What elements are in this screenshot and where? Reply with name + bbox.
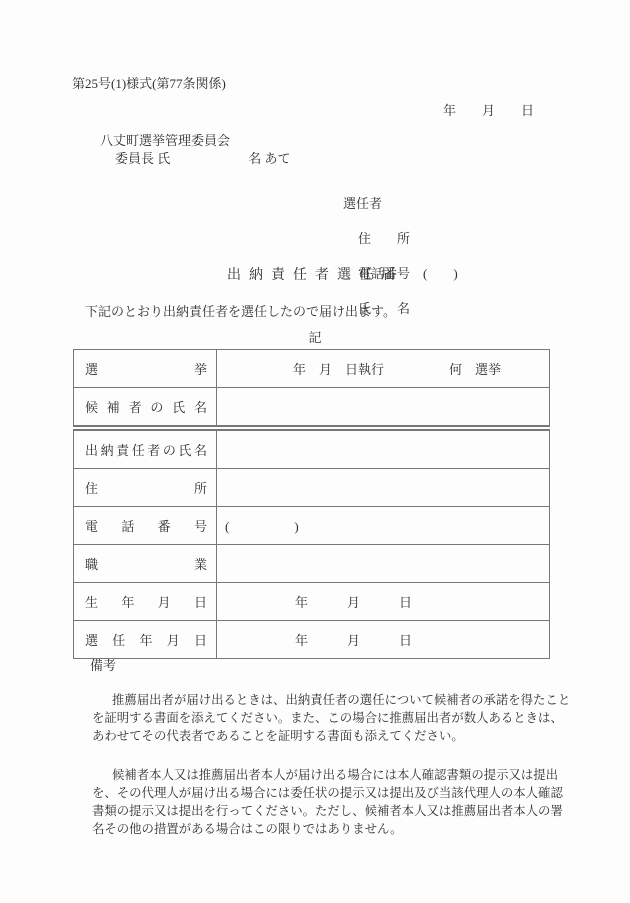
document-title: 出納責任者選任届 xyxy=(0,264,630,284)
row-label: 選任年月日 xyxy=(74,621,217,659)
row-label: 職業 xyxy=(74,545,217,583)
row-label: 選挙 xyxy=(74,350,217,388)
table-row-appointment-date: 選任年月日 年 月 日 xyxy=(74,621,550,659)
row-value xyxy=(217,388,550,429)
table-row-address: 住所 xyxy=(74,469,550,507)
table-row-accounting-manager-name: 出納責任者の氏名 xyxy=(74,428,550,469)
row-label: 電話番号 xyxy=(74,507,217,545)
row-value: 年 月 日執行 何 選挙 xyxy=(217,350,550,388)
notes-paragraph-1: 推薦届出者が届け出るときは、出納責任者の選任について候補者の承諾を得たこと を証… xyxy=(92,691,592,745)
row-value xyxy=(217,469,550,507)
table-row-phone: 電話番号 ( ) xyxy=(74,507,550,545)
intro-text: 下記のとおり出納責任者を選任したので届け出ます。 xyxy=(85,301,396,320)
notes-body: 推薦届出者が届け出るときは、出納責任者の選任について候補者の承諾を得たこと を証… xyxy=(92,673,592,856)
addressee-chairman: 委員長 氏 名 あて xyxy=(115,148,291,167)
record-marker: 記 xyxy=(0,327,630,346)
table-row-candidate-name: 候補者の氏名 xyxy=(74,388,550,429)
notes-heading: 備考 xyxy=(90,655,116,674)
appointer-address-label: 住 所 xyxy=(343,230,458,248)
row-value: ( ) xyxy=(217,507,550,545)
notes-paragraph-2: 候補者本人又は推薦届出者本人が届け出る場合には本人確認書類の提示又は提出 を、そ… xyxy=(92,766,592,838)
row-value: 年 月 日 xyxy=(217,583,550,621)
appointment-table: 選挙 年 月 日執行 何 選挙 候補者の氏名 出納責任者の氏名 住所 電話番号 … xyxy=(73,349,550,659)
row-label: 候補者の氏名 xyxy=(74,388,217,429)
date-line: 年 月 日 xyxy=(443,100,534,119)
document-page: 第25号(1)様式(第77条関係) 年 月 日 八丈町選挙管理委員会 委員長 氏… xyxy=(0,0,630,903)
row-value xyxy=(217,545,550,583)
form-number: 第25号(1)様式(第77条関係) xyxy=(72,73,226,92)
row-label: 住所 xyxy=(74,469,217,507)
table-row-occupation: 職業 xyxy=(74,545,550,583)
row-label: 生年月日 xyxy=(74,583,217,621)
row-value xyxy=(217,428,550,469)
row-value: 年 月 日 xyxy=(217,621,550,659)
appointer-heading: 選任者 xyxy=(343,195,458,213)
table-row-birth-date: 生年月日 年 月 日 xyxy=(74,583,550,621)
addressee-committee: 八丈町選挙管理委員会 xyxy=(100,130,230,149)
table-row-election: 選挙 年 月 日執行 何 選挙 xyxy=(74,350,550,388)
row-label: 出納責任者の氏名 xyxy=(74,428,217,469)
